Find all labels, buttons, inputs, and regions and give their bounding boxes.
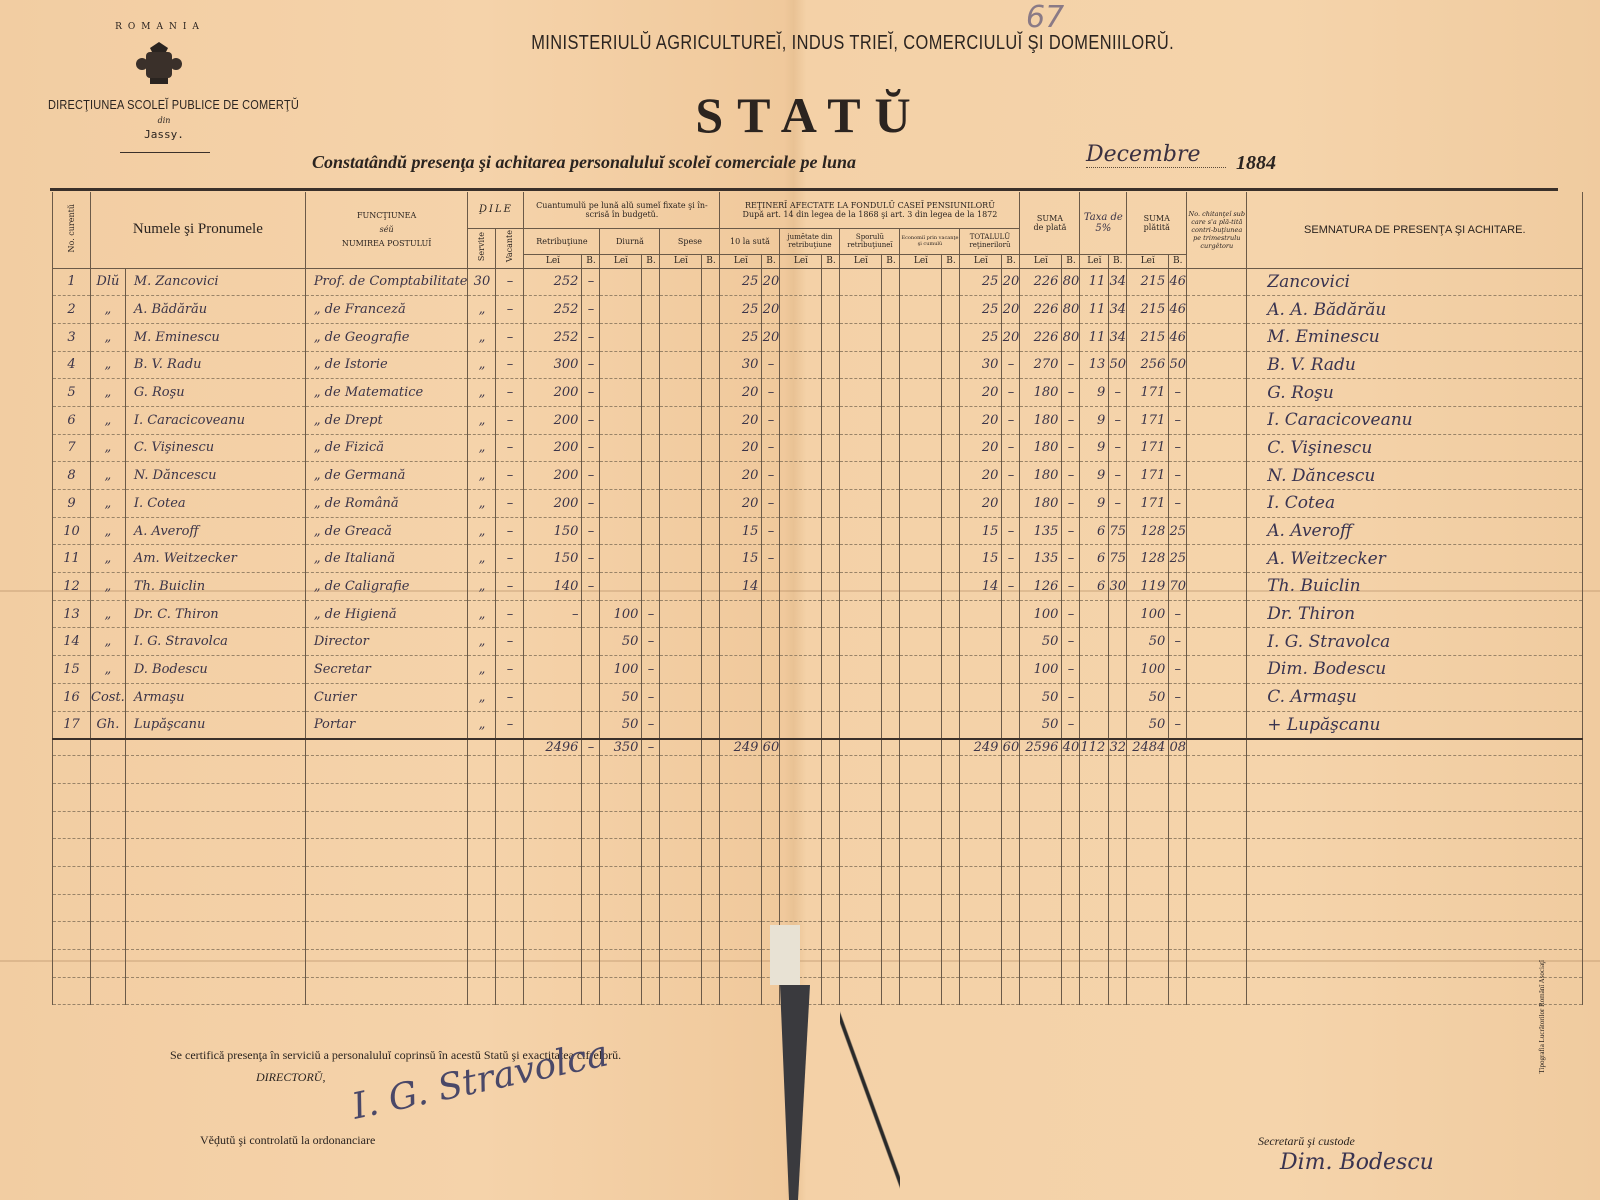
cell-r10-lei: 25	[720, 268, 762, 296]
cell-taxa-b: –	[1109, 490, 1127, 518]
cell-function: Curier	[305, 683, 468, 711]
cell-empty	[524, 894, 582, 922]
cell-empty	[840, 811, 882, 839]
cell-total-b: –	[1002, 351, 1020, 379]
cell-empty	[1127, 756, 1169, 784]
cell-plata-lei: 180	[1020, 434, 1062, 462]
cell-diurna-b: –	[642, 628, 660, 656]
totals-row: 2496–350–249602496025964011232248408	[53, 739, 1583, 756]
cell-retr-b	[582, 711, 600, 739]
cell-empty	[642, 950, 660, 978]
cell-function: „ de Drept	[305, 406, 468, 434]
cell-empty	[496, 950, 524, 978]
cell-retr-b	[582, 600, 600, 628]
cell-retr-b: –	[582, 406, 600, 434]
cell-empty	[1062, 950, 1080, 978]
cell-empty	[496, 811, 524, 839]
cell-empty	[942, 379, 960, 407]
cell-empty	[780, 656, 822, 684]
cell-empty	[942, 866, 960, 894]
cell-plata-lei: 126	[1020, 573, 1062, 601]
cell-empty	[942, 351, 960, 379]
cell-empty	[702, 296, 720, 324]
cell-empty	[1169, 866, 1187, 894]
cell-diurna-lei	[600, 351, 642, 379]
cell-taxa-lei: 9	[1080, 462, 1109, 490]
cell-diurna-b	[642, 517, 660, 545]
cell-empty	[882, 351, 900, 379]
cell-name: M. Eminescu	[125, 323, 305, 351]
cell-empty	[1187, 977, 1247, 1005]
table-row: 14„I. G. StravolcaDirector„–50–50–50–I. …	[53, 628, 1583, 656]
cell-empty	[840, 839, 882, 867]
cell-plata-b: –	[1062, 656, 1080, 684]
table-row: 13„Dr. C. Thiron„ de Higienă„––100–100–1…	[53, 600, 1583, 628]
cell-empty	[91, 756, 126, 784]
cell-empty	[822, 756, 840, 784]
cell-empty	[702, 323, 720, 351]
cell-title: „	[91, 628, 126, 656]
table-row: 16Cost.ArmaşuCurier„–50–50–50–C. Armaşu	[53, 683, 1583, 711]
lei-subheader: Leĭ	[840, 254, 882, 268]
table-row: 9„I. Cotea„ de Română„–200–20–20180–9–17…	[53, 490, 1583, 518]
cell-total-lei: 20	[960, 434, 1002, 462]
cell-empty	[960, 811, 1002, 839]
cell-empty	[960, 866, 1002, 894]
lei-subheader: Leĭ	[960, 254, 1002, 268]
col-dile-header: ḐILE	[468, 192, 524, 228]
cell-empty	[780, 462, 822, 490]
cell-total-lei: 20	[960, 462, 1002, 490]
cell-name: B. V. Radu	[125, 351, 305, 379]
cell-empty	[702, 894, 720, 922]
cell-empty	[582, 811, 600, 839]
cell-plata-lei: 226	[1020, 296, 1062, 324]
cell-platita-lei: 215	[1127, 323, 1169, 351]
cell-empty	[600, 977, 642, 1005]
cell-empty	[1002, 839, 1020, 867]
cell-platita-lei: 50	[1127, 683, 1169, 711]
cell-diurna-b	[642, 462, 660, 490]
cell-servite: „	[468, 545, 496, 573]
cell-empty	[840, 628, 882, 656]
cell-r10-b	[762, 573, 780, 601]
cell-retr-b: –	[582, 462, 600, 490]
cell-retr-lei	[524, 711, 582, 739]
cell-total-lei	[960, 711, 1002, 739]
cell-servite: 30	[468, 268, 496, 296]
cell-platita-b: –	[1169, 406, 1187, 434]
cell-empty	[900, 950, 942, 978]
cell-empty	[1109, 950, 1127, 978]
cell-empty	[900, 600, 942, 628]
cell-empty	[53, 756, 91, 784]
cell-empty	[882, 656, 900, 684]
cell-empty	[942, 922, 960, 950]
cell-total-lei: 14	[960, 573, 1002, 601]
cell-empty	[780, 434, 822, 462]
cell-taxa-b: –	[1109, 434, 1127, 462]
cell-retr-lei: 200	[524, 379, 582, 407]
cell-retr-b: –	[582, 379, 600, 407]
cell-empty	[840, 545, 882, 573]
cell-empty	[840, 922, 882, 950]
cell-empty	[1247, 783, 1583, 811]
cell-empty	[1127, 866, 1169, 894]
cell-empty	[840, 351, 882, 379]
cell-empty	[660, 977, 702, 1005]
cell-empty	[1187, 922, 1247, 950]
cell-r10-b: 20	[762, 323, 780, 351]
cell-empty	[780, 839, 822, 867]
cell-r10-b	[762, 600, 780, 628]
cell-platita-b: 70	[1169, 573, 1187, 601]
cell-taxa-lei	[1080, 711, 1109, 739]
cell-empty	[822, 573, 840, 601]
cell-retr-b: –	[582, 351, 600, 379]
cell-title	[91, 739, 126, 756]
cell-no: 7	[53, 434, 91, 462]
cell-no: 6	[53, 406, 91, 434]
blank-row	[53, 950, 1583, 978]
cell-empty	[91, 922, 126, 950]
cell-empty	[1062, 977, 1080, 1005]
cell-diurna-lei: 100	[600, 656, 642, 684]
cell-servite: „	[468, 462, 496, 490]
blank-row	[53, 922, 1583, 950]
cell-empty	[822, 600, 840, 628]
cell-empty	[125, 783, 305, 811]
cell-empty	[900, 656, 942, 684]
cell-r10-lei	[720, 628, 762, 656]
cell-empty	[702, 628, 720, 656]
cell-plata-lei: 135	[1020, 517, 1062, 545]
cell-empty	[840, 406, 882, 434]
cell-plata-lei: 180	[1020, 490, 1062, 518]
cell-diurna-b	[642, 490, 660, 518]
cell-empty	[840, 600, 882, 628]
cell-empty	[582, 866, 600, 894]
crest-caption: ROMANIA	[105, 22, 215, 32]
col-suma-plata-header: SUMAde plată	[1020, 192, 1080, 254]
cell-empty	[1187, 628, 1247, 656]
cell-empty	[720, 811, 762, 839]
cell-empty	[900, 894, 942, 922]
cell-total-b	[1002, 628, 1020, 656]
cell-empty	[1187, 434, 1247, 462]
cell-empty	[1062, 783, 1080, 811]
cell-empty	[53, 839, 91, 867]
cell-plata-lei: 180	[1020, 406, 1062, 434]
cell-empty	[660, 628, 702, 656]
cell-empty	[822, 351, 840, 379]
cell-empty	[1187, 600, 1247, 628]
lei-subheader: Leĭ	[660, 254, 702, 268]
cell-empty	[840, 434, 882, 462]
col-jumetate-header: jumĕtate din retribuţiune	[780, 228, 840, 254]
cell-empty	[1187, 490, 1247, 518]
cell-diurna-b	[642, 545, 660, 573]
cell-empty	[642, 922, 660, 950]
cell-empty	[468, 894, 496, 922]
cell-r10-b	[762, 628, 780, 656]
cell-empty	[702, 268, 720, 296]
cell-empty	[780, 545, 822, 573]
cell-name: I. Caracicoveanu	[125, 406, 305, 434]
cell-r10-b: –	[762, 351, 780, 379]
cell-empty	[840, 711, 882, 739]
cell-retr-lei	[524, 683, 582, 711]
cell-empty	[600, 839, 642, 867]
cell-empty	[496, 977, 524, 1005]
cell-diurna-lei	[600, 462, 642, 490]
cell-empty	[1002, 950, 1020, 978]
cell-empty	[942, 517, 960, 545]
cell-name: C. Vişinescu	[125, 434, 305, 462]
cell-empty	[900, 573, 942, 601]
table-row: 5„G. Roşu„ de Matematice„–200–20–20–180–…	[53, 379, 1583, 407]
cell-empty	[600, 922, 642, 950]
cell-empty	[53, 783, 91, 811]
cell-empty	[780, 573, 822, 601]
cell-platita-lei: 171	[1127, 462, 1169, 490]
cell-signature: A. A. Bădărău	[1247, 296, 1583, 324]
table-row: 3„M. Eminescu„ de Geografie„–252–2520252…	[53, 323, 1583, 351]
cell-empty	[942, 739, 960, 756]
cell-empty	[720, 756, 762, 784]
cell-r10-lei	[720, 711, 762, 739]
cell-empty	[1187, 462, 1247, 490]
cell-empty	[1020, 894, 1062, 922]
cell-taxa-b: –	[1109, 406, 1127, 434]
cell-total-lei: 25	[960, 296, 1002, 324]
cell-taxa-lei: 112	[1080, 739, 1109, 756]
cell-empty	[900, 711, 942, 739]
cell-taxa-b	[1109, 600, 1127, 628]
cell-platita-b: 50	[1169, 351, 1187, 379]
bani-subheader: B.	[882, 254, 900, 268]
cell-empty	[660, 894, 702, 922]
cell-empty	[1247, 866, 1583, 894]
cell-r10-lei: 249	[720, 739, 762, 756]
cell-empty	[900, 462, 942, 490]
cell-total-lei	[960, 628, 1002, 656]
cell-name: D. Bodescu	[125, 656, 305, 684]
cell-empty	[1020, 950, 1062, 978]
cell-servite: „	[468, 406, 496, 434]
cell-no: 4	[53, 351, 91, 379]
cell-empty	[900, 922, 942, 950]
cell-taxa-b	[1109, 711, 1127, 739]
cell-empty	[942, 683, 960, 711]
cell-total-b	[1002, 656, 1020, 684]
cell-empty	[900, 323, 942, 351]
cell-diurna-lei	[600, 379, 642, 407]
cell-empty	[600, 894, 642, 922]
cell-retr-b	[582, 656, 600, 684]
cell-taxa-b: 34	[1109, 268, 1127, 296]
cell-empty	[780, 379, 822, 407]
cell-vacante: –	[496, 490, 524, 518]
cell-empty	[900, 406, 942, 434]
cell-r10-lei: 25	[720, 296, 762, 324]
cell-empty	[882, 866, 900, 894]
cell-total-lei	[960, 600, 1002, 628]
cell-empty	[702, 545, 720, 573]
cell-empty	[942, 545, 960, 573]
cell-empty	[942, 783, 960, 811]
cell-taxa-b	[1109, 628, 1127, 656]
cell-empty	[1187, 656, 1247, 684]
cell-empty	[468, 950, 496, 978]
cell-empty	[125, 894, 305, 922]
cell-taxa-lei: 9	[1080, 490, 1109, 518]
cell-empty	[780, 756, 822, 784]
cell-diurna-b	[642, 351, 660, 379]
cell-servite: „	[468, 573, 496, 601]
cell-retr-lei	[524, 656, 582, 684]
cell-retr-lei: 252	[524, 268, 582, 296]
cell-signature: I. Caracicoveanu	[1247, 406, 1583, 434]
cell-empty	[1002, 756, 1020, 784]
cell-signature: C. Vişinescu	[1247, 434, 1583, 462]
cell-signature: Zancovici	[1247, 268, 1583, 296]
cell-empty	[305, 839, 468, 867]
cell-r10-lei: 20	[720, 490, 762, 518]
cell-empty	[762, 811, 780, 839]
cell-name: A. Averoff	[125, 517, 305, 545]
col-sporul-header: Sporulŭ retribuţiuneĭ	[840, 228, 900, 254]
cell-total-b	[1002, 711, 1020, 739]
cell-diurna-b: –	[642, 711, 660, 739]
cell-empty	[53, 866, 91, 894]
cell-total-lei: 20	[960, 406, 1002, 434]
cell-r10-b: –	[762, 462, 780, 490]
cell-total-lei: 20	[960, 490, 1002, 518]
cell-plata-lei: 270	[1020, 351, 1062, 379]
cell-empty	[1080, 756, 1109, 784]
cell-empty	[660, 783, 702, 811]
cell-empty	[600, 866, 642, 894]
cell-plata-b: 80	[1062, 323, 1080, 351]
cell-empty	[660, 296, 702, 324]
cell-empty	[524, 839, 582, 867]
bani-subheader: B.	[942, 254, 960, 268]
cell-total-b	[1002, 683, 1020, 711]
cell-empty	[1169, 756, 1187, 784]
blank-row	[53, 783, 1583, 811]
cell-empty	[1187, 517, 1247, 545]
cell-empty	[720, 839, 762, 867]
cell-platita-b: 25	[1169, 545, 1187, 573]
cell-empty	[960, 783, 1002, 811]
cell-empty	[496, 839, 524, 867]
cell-empty	[1020, 866, 1062, 894]
cell-empty	[1080, 866, 1109, 894]
month-field: Decembre	[1086, 142, 1226, 168]
cell-taxa-lei	[1080, 656, 1109, 684]
cell-taxa-b	[1109, 656, 1127, 684]
cell-empty	[1080, 950, 1109, 978]
cell-plata-b: –	[1062, 406, 1080, 434]
cell-no: 10	[53, 517, 91, 545]
cell-empty	[780, 866, 822, 894]
cell-platita-lei: 50	[1127, 711, 1169, 739]
cell-empty	[840, 517, 882, 545]
cell-diurna-b	[642, 406, 660, 434]
cell-title: „	[91, 379, 126, 407]
cell-empty	[305, 866, 468, 894]
cell-diurna-b	[642, 573, 660, 601]
cell-empty	[822, 406, 840, 434]
cell-empty	[780, 811, 822, 839]
cell-retr-lei: 150	[524, 517, 582, 545]
cell-total-lei	[960, 656, 1002, 684]
cell-empty	[840, 379, 882, 407]
cell-empty	[125, 922, 305, 950]
cell-no: 9	[53, 490, 91, 518]
city-name: Jassy.	[48, 128, 280, 141]
cell-empty	[840, 894, 882, 922]
cell-taxa-lei: 9	[1080, 434, 1109, 462]
cell-platita-lei: 100	[1127, 656, 1169, 684]
table-row: 8„N. Dăncescu„ de Germană„–200–20–20–180…	[53, 462, 1583, 490]
cell-empty	[468, 811, 496, 839]
cell-empty	[702, 379, 720, 407]
cell-name: Am. Weitzecker	[125, 545, 305, 573]
cell-empty	[702, 950, 720, 978]
cell-empty	[1187, 839, 1247, 867]
cell-empty	[1247, 894, 1583, 922]
cell-vacante	[496, 739, 524, 756]
cell-empty	[822, 462, 840, 490]
cell-vacante: –	[496, 600, 524, 628]
cell-empty	[91, 950, 126, 978]
cell-no: 2	[53, 296, 91, 324]
cell-empty	[660, 351, 702, 379]
cell-empty	[882, 683, 900, 711]
cell-empty	[720, 783, 762, 811]
cell-empty	[1109, 977, 1127, 1005]
cell-total-b: –	[1002, 406, 1020, 434]
cell-total-b: 20	[1002, 296, 1020, 324]
cell-empty	[1020, 783, 1062, 811]
cell-empty	[822, 739, 840, 756]
cell-empty	[822, 628, 840, 656]
cell-empty	[1169, 839, 1187, 867]
cell-empty	[942, 977, 960, 1005]
cell-platita-lei: 128	[1127, 517, 1169, 545]
cell-empty	[702, 977, 720, 1005]
cell-taxa-b: 75	[1109, 517, 1127, 545]
cell-empty	[822, 517, 840, 545]
cell-taxa-b: 75	[1109, 545, 1127, 573]
cell-signature: I. Cotea	[1247, 490, 1583, 518]
cell-empty	[660, 323, 702, 351]
cell-empty	[1127, 950, 1169, 978]
cell-retr-b: –	[582, 573, 600, 601]
cell-empty	[1002, 894, 1020, 922]
cell-empty	[762, 866, 780, 894]
cell-empty	[1187, 351, 1247, 379]
cell-no: 5	[53, 379, 91, 407]
cell-empty	[780, 296, 822, 324]
lei-subheader: Leĭ	[1127, 254, 1169, 268]
cell-r10-b	[762, 711, 780, 739]
cell-empty	[660, 922, 702, 950]
document-subtitle: Constatândŭ presenţa şi achitarea person…	[312, 152, 856, 173]
cell-empty	[305, 950, 468, 978]
